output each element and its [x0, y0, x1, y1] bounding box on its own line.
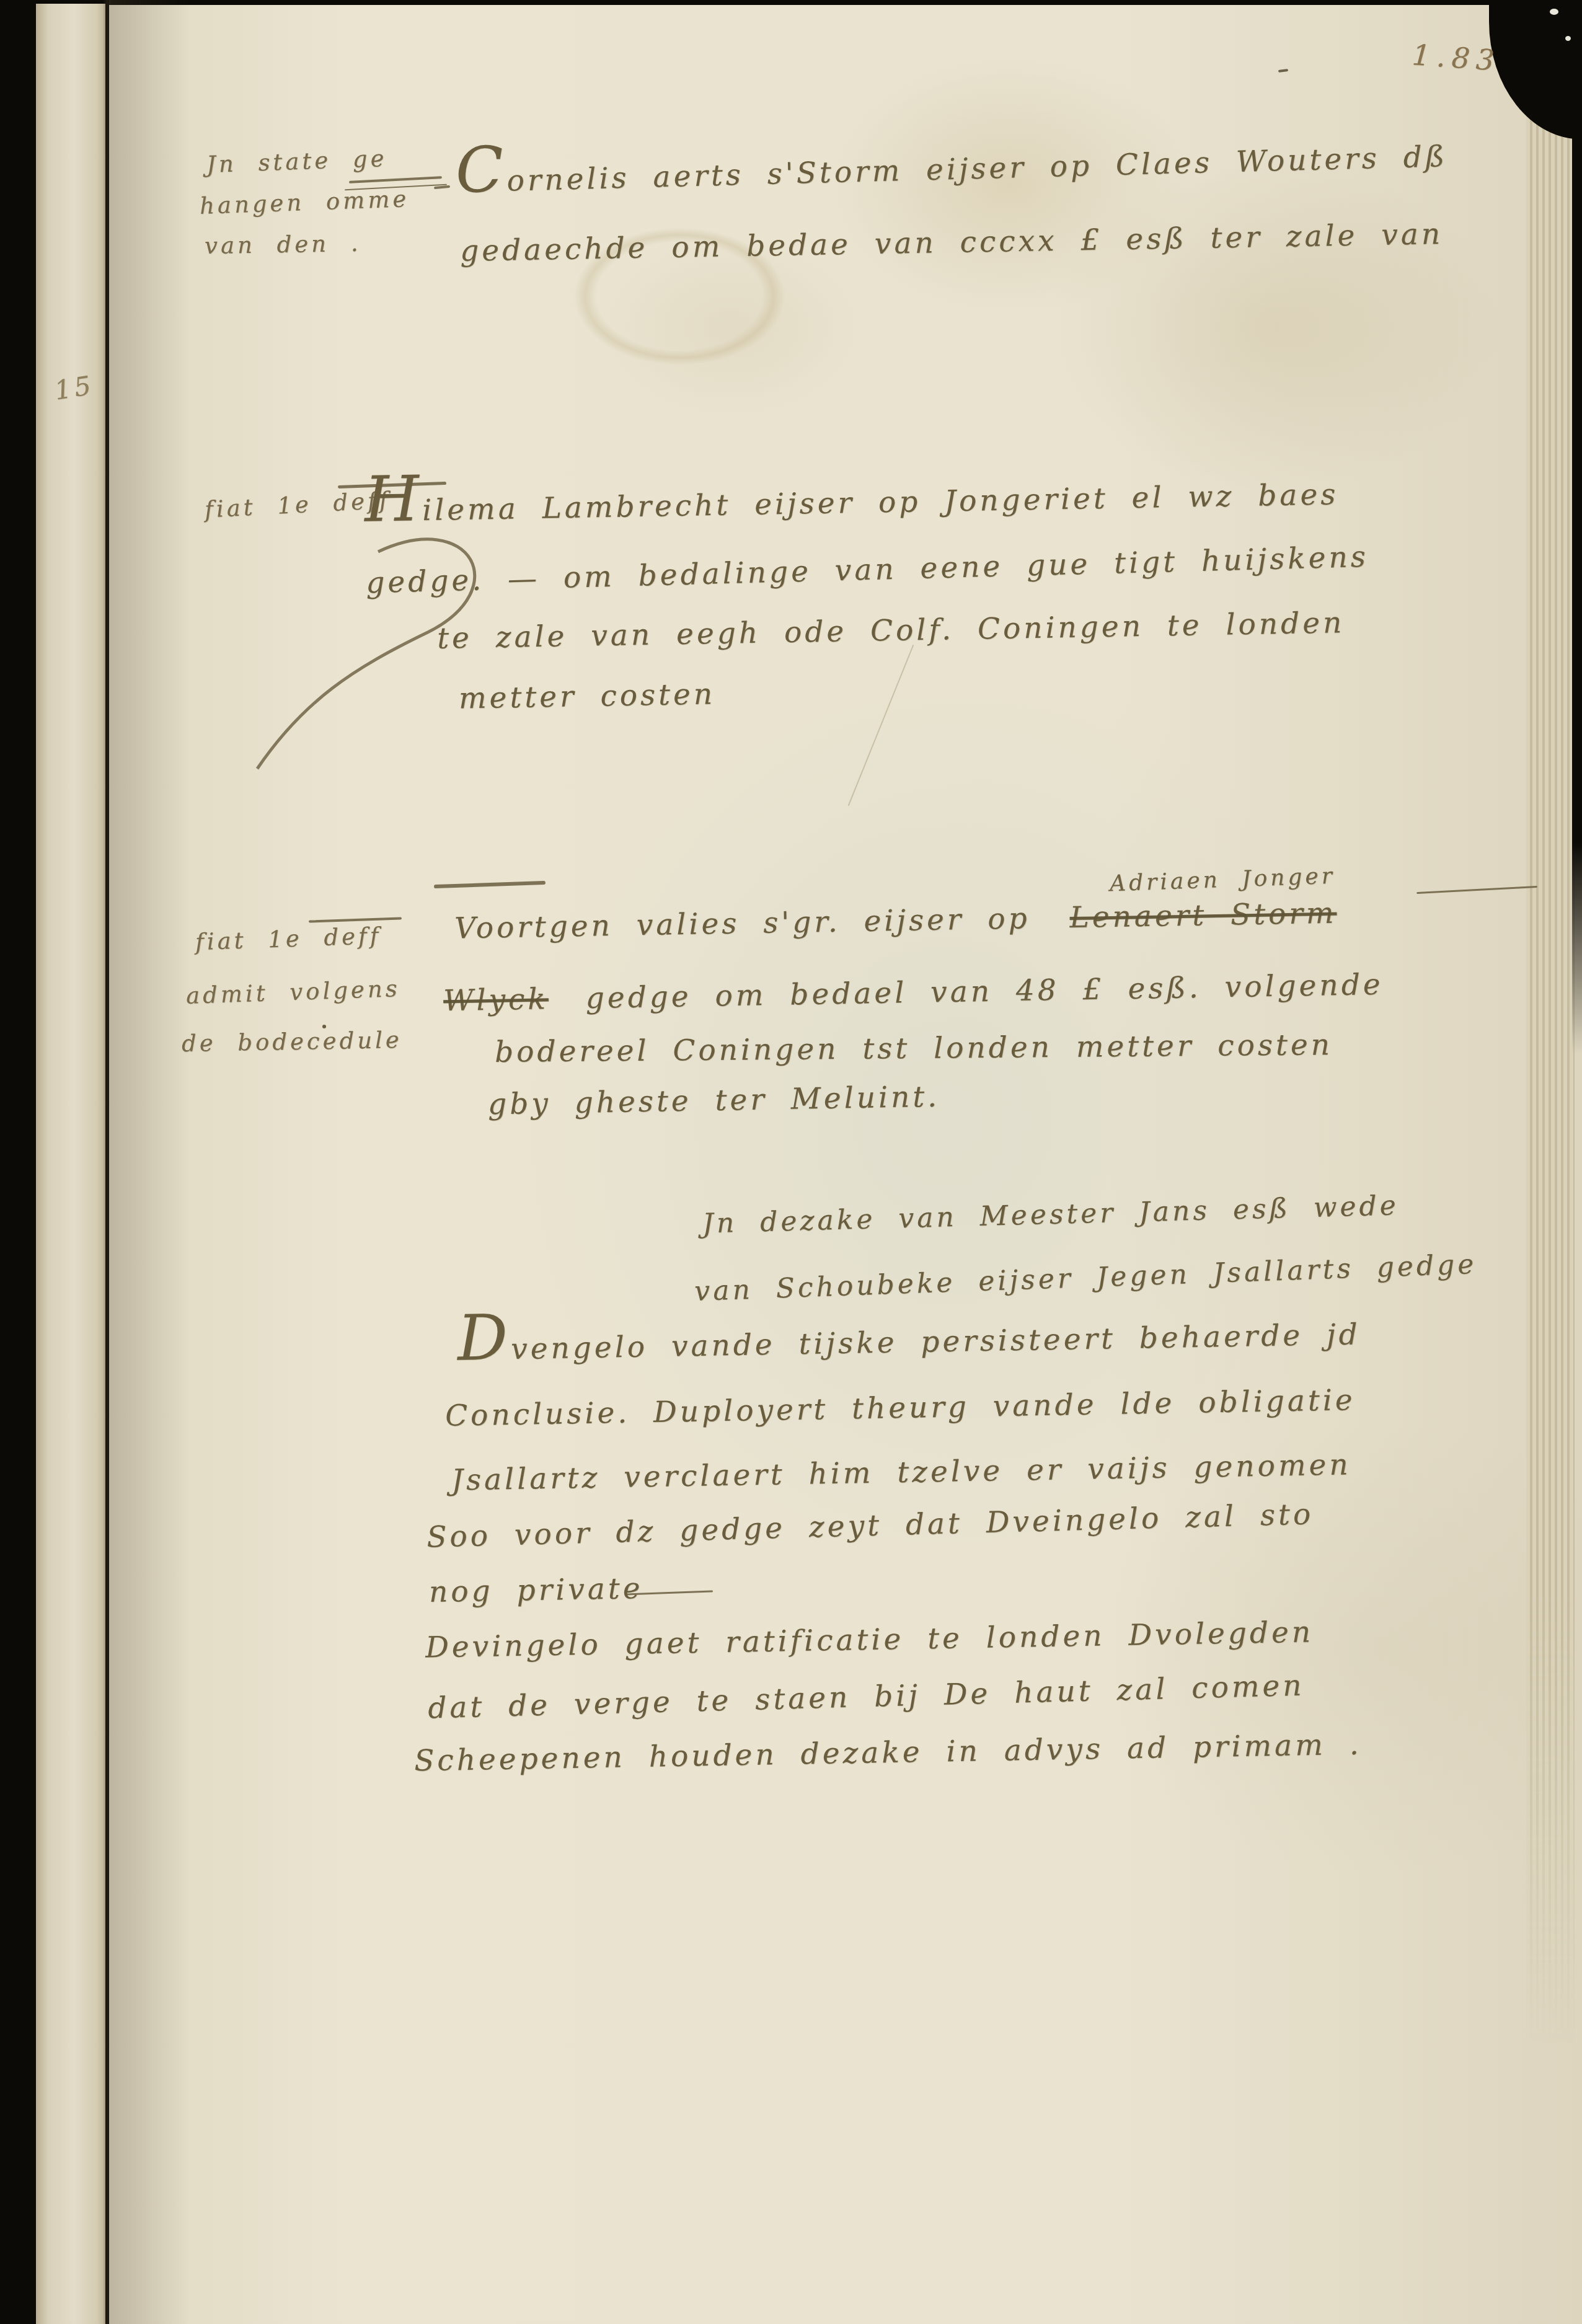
margin-note-line: admit volgens — [185, 977, 400, 1007]
struck-text: Wlyck — [443, 982, 549, 1018]
paper-speck — [1565, 36, 1571, 41]
margin-note-line: Jn state ge — [206, 147, 387, 176]
manuscript-page — [109, 5, 1582, 2324]
page-block-edge — [1526, 0, 1575, 2046]
edge-mark: 15 — [53, 372, 95, 404]
previous-page-edge — [36, 4, 105, 2324]
margin-note-line: hangen omme — [199, 187, 409, 218]
body-line: bodereel Coningen tst londen metter cost… — [495, 1030, 1333, 1067]
body-line: nog private — [429, 1574, 643, 1607]
struck-text: Lenaert Storm — [1069, 896, 1337, 935]
manuscript-scan: 15 1.83 Jn state ge hangen omme van den … — [0, 0, 1582, 2324]
margin-note-line: de bodecedule — [182, 1028, 402, 1055]
gutter-shadow — [109, 0, 190, 2324]
body-line: gby gheste ter Meluint. — [488, 1082, 940, 1120]
margin-note-line: fiat 1e deff — [195, 924, 381, 953]
ink-dot — [322, 1025, 326, 1028]
body-line: metter costen — [459, 679, 716, 713]
paper-speck — [1550, 9, 1558, 15]
folio-number: 1.83 — [1412, 40, 1501, 75]
margin-note-line: van den . — [205, 232, 361, 257]
scanner-background-right — [1572, 0, 1582, 1054]
